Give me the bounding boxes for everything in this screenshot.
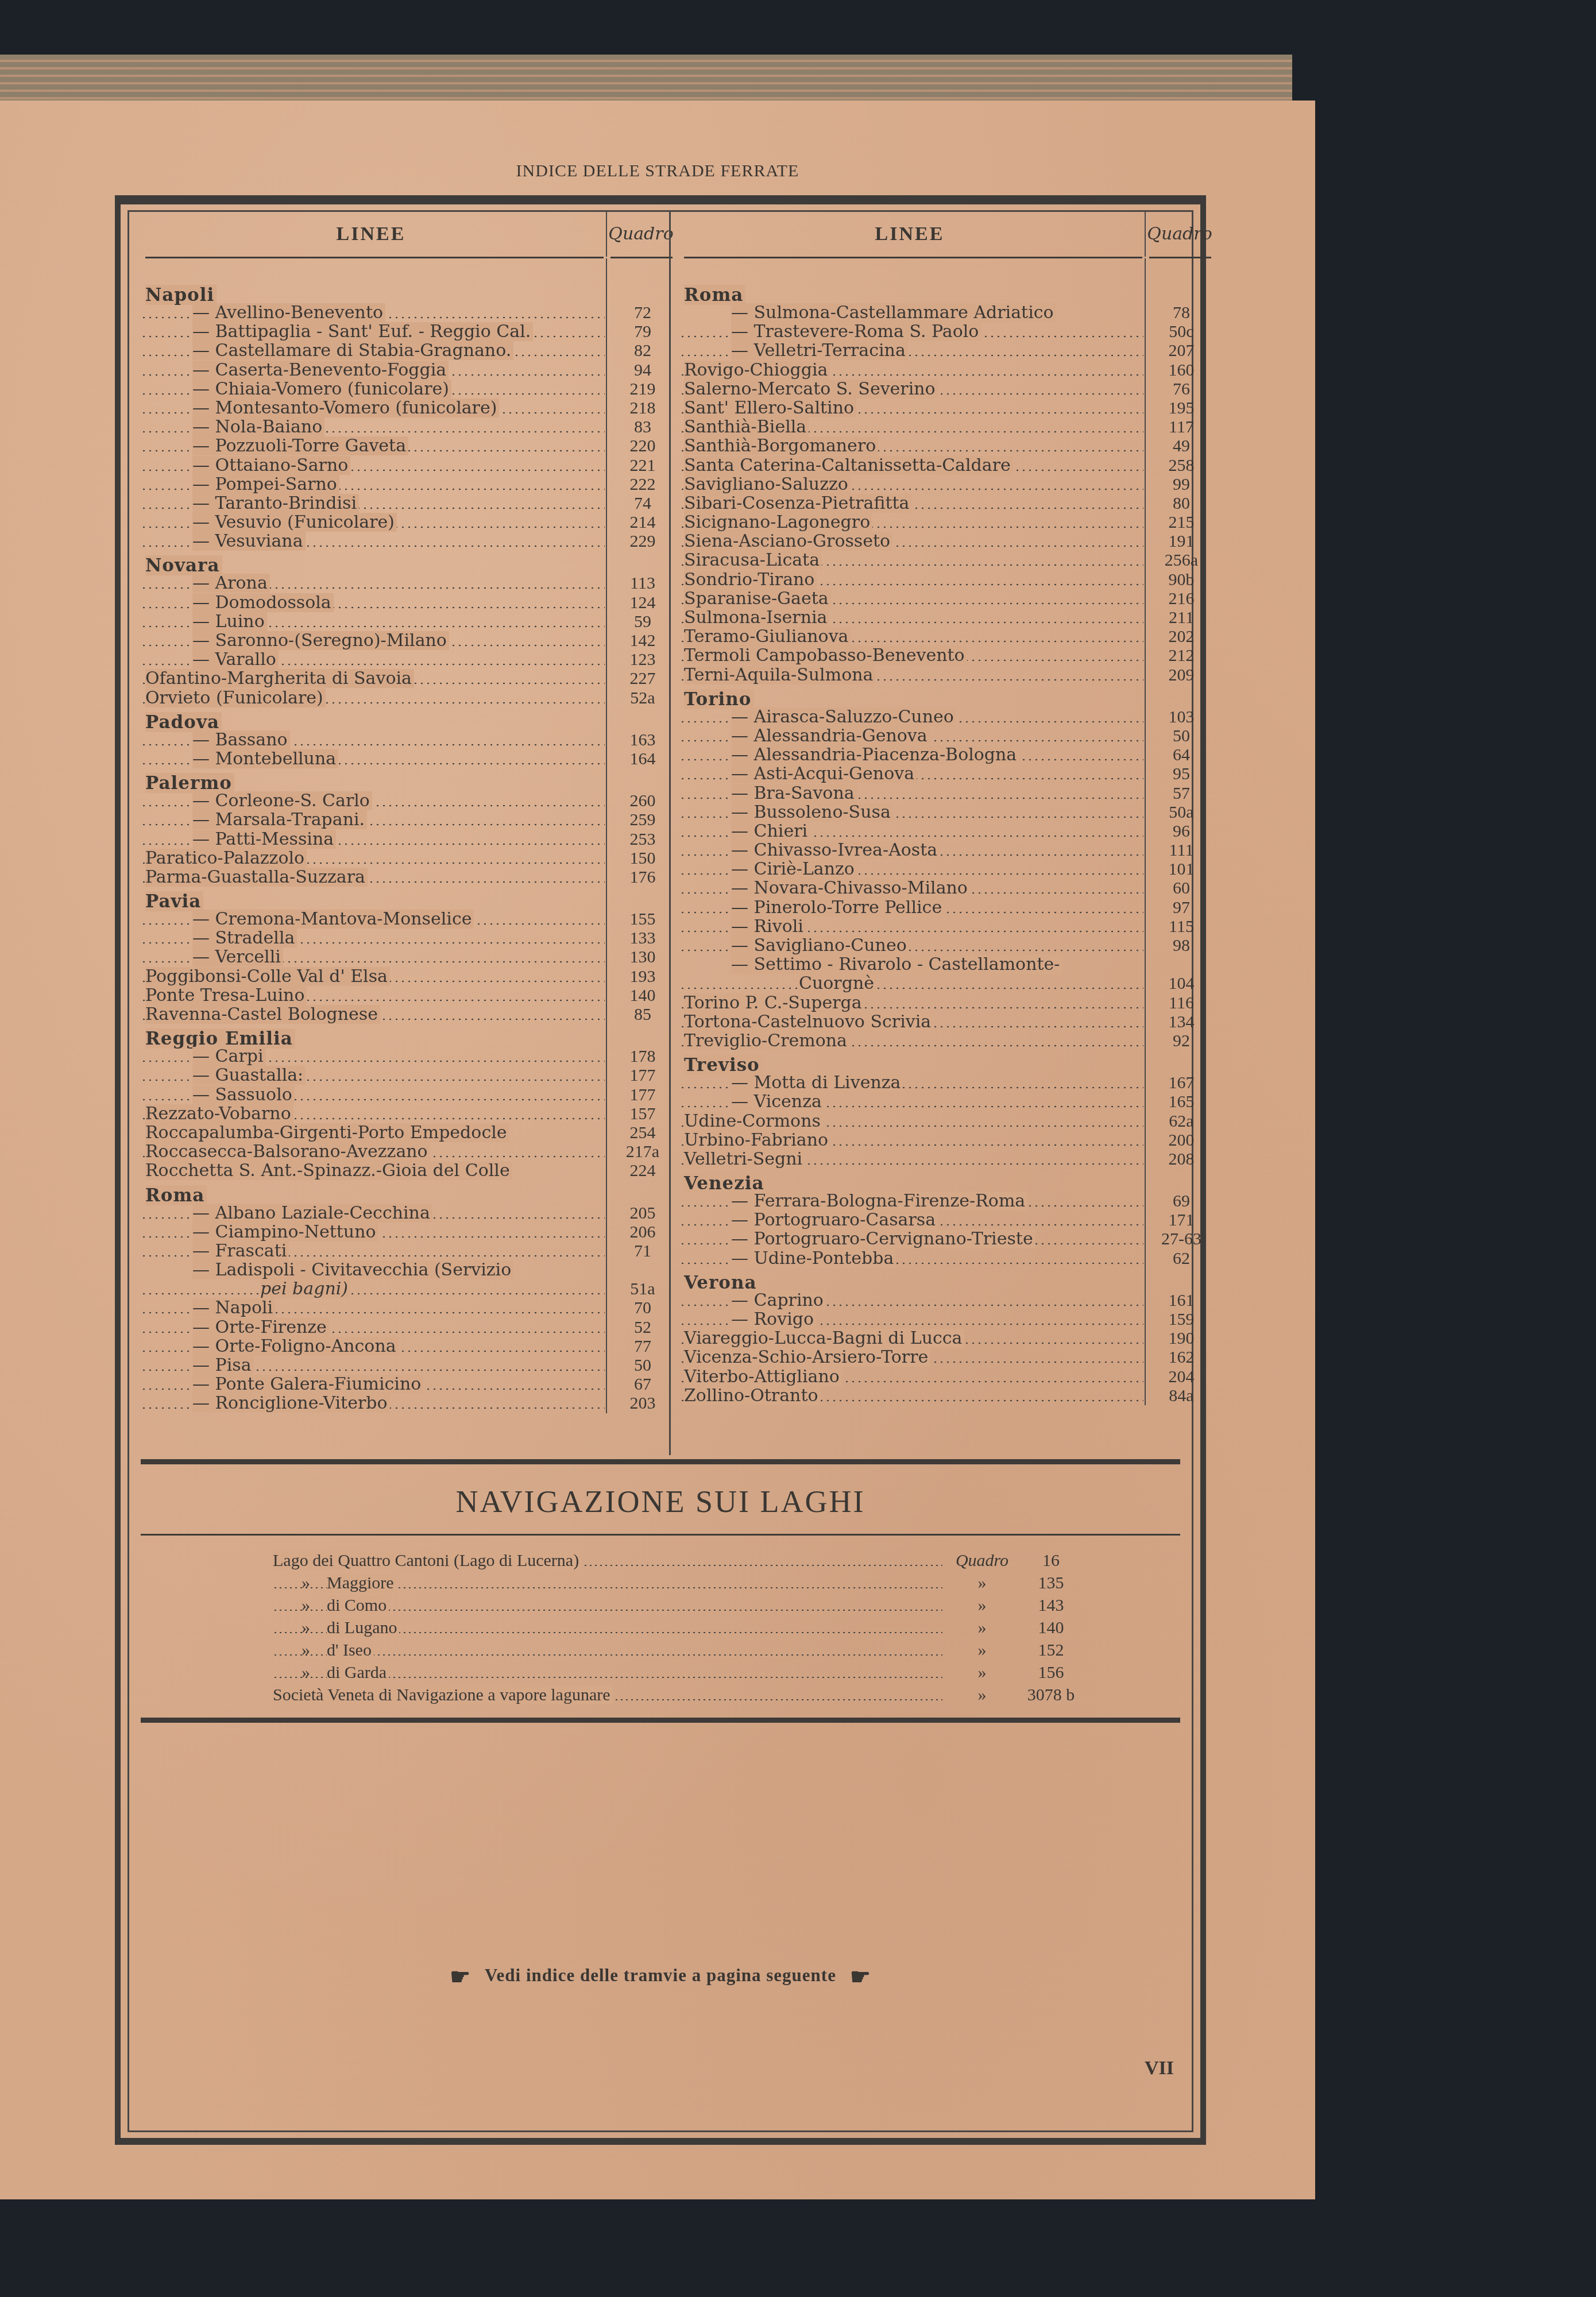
- index-entry: Santhià-Borgomanero49: [679, 436, 1214, 455]
- index-entry: Savigliano-Saluzzo99: [679, 475, 1214, 494]
- entry-label-text: — Velletri-Terracina: [731, 341, 908, 360]
- entry-label: — Stradella: [141, 929, 607, 948]
- quadro-number: 191: [1146, 532, 1214, 551]
- quadro-number: 69: [1146, 1192, 1214, 1211]
- index-entry: — Portogruaro-Casarsa171: [679, 1211, 1214, 1229]
- quadro-number: 80: [1146, 494, 1214, 513]
- ditto-mark: »: [302, 1641, 310, 1660]
- quadro-number: 94: [607, 361, 675, 380]
- quadro-number: 256a: [1146, 551, 1214, 570]
- quadro-number: 113: [607, 574, 675, 593]
- quadro-number: 90b: [1146, 570, 1214, 589]
- pointing-hand-right-icon: ☛: [450, 1963, 471, 1990]
- entry-label: Teramo-Giulianova: [679, 627, 1146, 646]
- quadro-number: 254: [607, 1123, 675, 1142]
- ditto-mark: »: [302, 1663, 310, 1683]
- entry-label-text: — Albano Laziale-Cecchina: [192, 1204, 432, 1223]
- entry-label-text: — Bussoleno-Susa: [731, 803, 893, 822]
- entry-label: — Pozzuoli-Torre Gaveta: [141, 436, 607, 455]
- entry-label-text: Sicignano-Lagonegro: [684, 513, 872, 532]
- quadro-number: 215: [1146, 513, 1214, 532]
- index-entry: — Caserta-Benevento-Foggia94: [141, 361, 675, 380]
- index-group-heading: Reggio Emilia: [141, 1024, 675, 1047]
- entry-label-text: Ofantino-Margherita di Savoia: [145, 669, 414, 688]
- entry-label-text: Verona: [684, 1273, 759, 1293]
- quadro-number: 219: [607, 380, 675, 399]
- navigation-title: NAVIGAZIONE SUI LAGHI: [129, 1484, 1192, 1519]
- entry-label-text: Sondrio-Tirano: [684, 570, 817, 589]
- quadro-number: 221: [607, 456, 675, 475]
- entry-label: Termoli Campobasso-Benevento: [679, 646, 1146, 665]
- quadro-marker: Quadro: [945, 1551, 1019, 1571]
- entry-label: — Saronno-(Seregno)-Milano: [141, 631, 607, 650]
- index-entry: Rocchetta S. Ant.-Spinazz.-Gioia del Col…: [141, 1161, 675, 1180]
- index-entry: Termoli Campobasso-Benevento212: [679, 646, 1214, 665]
- entry-label-text: — Trastevere-Roma S. Paolo: [731, 322, 981, 341]
- index-entry: Paratico-Palazzolo150: [141, 849, 675, 868]
- entry-label-text: — Nola-Baiano: [192, 417, 324, 436]
- quadro-number: 64: [1146, 745, 1214, 764]
- entry-label: — Sulmona-Castellammare Adriatico: [679, 303, 1146, 322]
- entry-label-text: — Vicenza: [731, 1092, 824, 1111]
- entry-label: — Ottaiano-Sarno: [141, 456, 607, 475]
- quadro-number: 78: [1146, 303, 1214, 322]
- left-column: LINEE Quadro Napoli— Avellino-Benevento7…: [141, 212, 675, 1413]
- index-entry: — Ciriè-Lanzo101: [679, 860, 1214, 879]
- entry-label: Verona: [679, 1268, 1146, 1293]
- quadro-number: 49: [1146, 436, 1214, 455]
- entry-label: Terni-Aquila-Sulmona: [679, 666, 1146, 685]
- entry-label-text: Rocchetta S. Ant.-Spinazz.-Gioia del Col…: [145, 1161, 512, 1180]
- quadro-number: 212: [1146, 646, 1214, 665]
- entry-label-text: — Napoli: [192, 1298, 275, 1317]
- quadro-marker: »: [945, 1573, 1019, 1593]
- index-entry: Siena-Asciano-Grosseto191: [679, 532, 1214, 551]
- entry-label-text: Roccapalumba-Girgenti-Porto Empedocle: [145, 1123, 509, 1142]
- entry-label: — Marsala-Trapani.: [141, 810, 607, 829]
- entry-label-text: Santa Caterina-Caltanissetta-Caldare: [684, 456, 1013, 475]
- entry-label: — Trastevere-Roma S. Paolo: [679, 322, 1146, 341]
- quadro-number: 27-63: [1146, 1229, 1214, 1248]
- entry-label: — Ronciglione-Viterbo: [141, 1394, 607, 1413]
- entry-label-text: — Carpi: [192, 1047, 266, 1066]
- entry-label-text: — Chivasso-Ivrea-Aosta: [731, 841, 940, 860]
- entry-label: — Varallo: [141, 650, 607, 669]
- entry-label-text: — Alessandria-Genova: [731, 726, 930, 745]
- navigation-entry: »Maggiore»135: [273, 1573, 1083, 1596]
- index-frame: LINEE Quadro Napoli— Avellino-Benevento7…: [115, 195, 1206, 2145]
- entry-label-text: Padova: [145, 712, 222, 732]
- entry-label-text: — Chiaia-Vomero (funicolare): [192, 380, 451, 399]
- entry-label-text: — Taranto-Brindisi: [192, 494, 359, 513]
- index-entry: — Bussoleno-Susa50a: [679, 803, 1214, 822]
- quadro-marker: »: [945, 1596, 1019, 1615]
- entry-label-text: — Sulmona-Castellammare Adriatico: [731, 303, 1056, 322]
- entry-label: Parma-Guastalla-Suzzara: [141, 868, 607, 887]
- index-entry: Velletri-Segni208: [679, 1150, 1214, 1169]
- entry-label-text: Sant' Ellero-Saltino: [684, 399, 856, 417]
- index-entry: Santa Caterina-Caltanissetta-Caldare258: [679, 456, 1214, 475]
- quadro-number: 190: [1146, 1329, 1214, 1348]
- quadro-number: 143: [1019, 1596, 1083, 1615]
- index-entry: Santhià-Biella117: [679, 417, 1214, 436]
- entry-label: — Patti-Messina: [141, 830, 607, 849]
- quadro-number: 200: [1146, 1131, 1214, 1150]
- entry-label-text: — Domodossola: [192, 593, 334, 612]
- entry-label-text: — Portogruaro-Casarsa: [731, 1211, 938, 1229]
- entry-label-text: — Ferrara-Bologna-Firenze-Roma: [731, 1192, 1027, 1211]
- quadro-number: 202: [1146, 627, 1214, 646]
- entry-label-text: Salerno-Mercato S. Severino: [684, 380, 938, 399]
- quadro-number: 116: [1146, 993, 1214, 1012]
- index-entry: — Ronciglione-Viterbo203: [141, 1394, 675, 1413]
- ditto-mark: »: [302, 1596, 310, 1615]
- tram-index-note-text: Vedi indice delle tramvie a pagina segue…: [485, 1965, 836, 1985]
- index-entry: Sibari-Cosenza-Pietrafitta80: [679, 494, 1214, 513]
- entry-label-text: — Bra-Savona: [731, 784, 857, 803]
- quadro-number: 214: [607, 513, 675, 532]
- pointing-hand-right-icon: ☛: [850, 1963, 871, 1990]
- quadro-number: 117: [1146, 417, 1214, 436]
- entry-label: Ravenna-Castel Bolognese: [141, 1005, 607, 1024]
- entry-label: »Maggiore: [273, 1573, 945, 1593]
- entry-label-text: — Portogruaro-Cervignano-Trieste: [731, 1229, 1035, 1248]
- entry-label: — Savigliano-Cuneo: [679, 936, 1146, 955]
- quadro-number: 224: [607, 1161, 675, 1180]
- entry-label: Savigliano-Saluzzo: [679, 475, 1146, 494]
- entry-label: — Orte-Firenze: [141, 1318, 607, 1337]
- quadro-number: 156: [1019, 1663, 1083, 1683]
- entry-label: Paratico-Palazzolo: [141, 849, 607, 868]
- quadro-number: 150: [607, 849, 675, 868]
- index-entry: — Montesanto-Vomero (funicolare)218: [141, 399, 675, 417]
- entry-label-text: — Vesuviana: [192, 532, 306, 551]
- navigation-entry: »d' Iseo»152: [273, 1641, 1083, 1663]
- index-entry: Teramo-Giulianova202: [679, 627, 1214, 646]
- index-entry: — Sulmona-Castellammare Adriatico78: [679, 303, 1214, 322]
- quadro-number: 76: [1146, 380, 1214, 399]
- entry-label: Rezzato-Vobarno: [141, 1104, 607, 1123]
- index-entry: — Settimo - Rivarolo - Castellamonte-: [679, 955, 1214, 974]
- entry-label-text: — Pompei-Sarno: [192, 475, 339, 494]
- entry-label: pei bagni): [141, 1279, 607, 1298]
- entry-label-text: — Guastalla:: [192, 1066, 306, 1085]
- index-entry: — Cremona-Mantova-Monselice155: [141, 910, 675, 929]
- index-entry: — Ladispoli - Civitavecchia (Servizio: [141, 1260, 675, 1279]
- index-entry: — Sassuolo177: [141, 1085, 675, 1104]
- entry-label-text: — Saronno-(Seregno)-Milano: [192, 631, 449, 650]
- entry-label: Sicignano-Lagonegro: [679, 513, 1146, 532]
- index-entry: — Bra-Savona57: [679, 784, 1214, 803]
- entry-label: — Rovigo: [679, 1310, 1146, 1329]
- entry-label: Cuorgnè: [679, 974, 1146, 993]
- entry-label: — Chieri: [679, 822, 1146, 841]
- entry-label: Santhià-Borgomanero: [679, 436, 1146, 455]
- quadro-number: 133: [607, 929, 675, 948]
- quadro-number: 162: [1146, 1348, 1214, 1367]
- right-column-header: LINEE Quadro: [679, 212, 1214, 257]
- entry-label-text: — Varallo: [192, 650, 279, 669]
- entry-label-text: — Rovigo: [731, 1310, 816, 1329]
- entry-label: — Domodossola: [141, 593, 607, 612]
- header-quadro: Quadro: [1145, 212, 1214, 257]
- quadro-number: 218: [607, 399, 675, 417]
- entry-label: Sibari-Cosenza-Pietrafitta: [679, 494, 1146, 513]
- quadro-number: 59: [607, 612, 675, 631]
- index-entry: — Luino59: [141, 612, 675, 631]
- quadro-number: 176: [607, 868, 675, 887]
- index-entry: — Castellamare di Stabia-Gragnano.82: [141, 341, 675, 360]
- entry-label-text: Treviglio-Cremona: [684, 1031, 849, 1050]
- entry-label-text: — Frascati: [192, 1242, 289, 1260]
- quadro-number: 60: [1146, 879, 1214, 898]
- quadro-number: 205: [607, 1204, 675, 1223]
- quadro-marker: »: [945, 1618, 1019, 1638]
- quadro-number: 258: [1146, 456, 1214, 475]
- entry-label-text: — Pinerolo-Torre Pellice: [731, 898, 944, 917]
- index-entry: Treviglio-Cremona92: [679, 1031, 1214, 1050]
- entry-label-text: — Orte-Foligno-Ancona: [192, 1337, 399, 1356]
- quadro-number: 62a: [1146, 1112, 1214, 1131]
- entry-label-text: — Ronciglione-Viterbo: [192, 1394, 390, 1413]
- entry-label: Sondrio-Tirano: [679, 570, 1146, 589]
- index-entry: — Orte-Firenze52: [141, 1318, 675, 1337]
- entry-label: Sant' Ellero-Saltino: [679, 399, 1146, 417]
- entry-label-text: Udine-Cormons: [684, 1112, 823, 1131]
- quadro-number: 177: [607, 1066, 675, 1085]
- index-entry: — Motta di Livenza167: [679, 1073, 1214, 1092]
- entry-label: — Pompei-Sarno: [141, 475, 607, 494]
- entry-label: — Albano Laziale-Cecchina: [141, 1204, 607, 1223]
- quadro-number: 161: [1146, 1291, 1214, 1310]
- entry-label-text: — Arona: [192, 574, 270, 593]
- quadro-number: 3078 b: [1019, 1685, 1083, 1705]
- entry-label-text: — Ladispoli - Civitavecchia (Servizio: [192, 1260, 513, 1279]
- entry-label: Santhià-Biella: [679, 417, 1146, 436]
- index-entry: Terni-Aquila-Sulmona209: [679, 666, 1214, 685]
- index-entry: — Pisa50: [141, 1356, 675, 1375]
- entry-label: Siena-Asciano-Grosseto: [679, 532, 1146, 551]
- index-entry: Ponte Tresa-Luino140: [141, 986, 675, 1005]
- navigation-rule-thick: [141, 1718, 1180, 1723]
- entry-label: — Chiaia-Vomero (funicolare): [141, 380, 607, 399]
- entry-label-text: Novara: [145, 555, 222, 575]
- entry-label: — Bassano: [141, 730, 607, 749]
- entry-label: Siracusa-Licata: [679, 551, 1146, 570]
- entry-label-text: — Cremona-Mantova-Monselice: [192, 910, 474, 929]
- index-entry: — Ponte Galera-Fiumicino67: [141, 1375, 675, 1394]
- entry-label-text: — Ciriè-Lanzo: [731, 860, 857, 879]
- entry-label-text: Urbino-Fabriano: [684, 1131, 830, 1150]
- index-entry: — Napoli70: [141, 1298, 675, 1317]
- quadro-number: 115: [1146, 917, 1214, 936]
- quadro-number: 85: [607, 1005, 675, 1024]
- entry-label: Roma: [141, 1181, 607, 1205]
- entry-label: Rocchetta S. Ant.-Spinazz.-Gioia del Col…: [141, 1161, 607, 1180]
- entry-label-text: — Castellamare di Stabia-Gragnano.: [192, 341, 513, 360]
- quadro-number: 52: [607, 1318, 675, 1337]
- quadro-number: 216: [1146, 589, 1214, 608]
- entry-label: — Caserta-Benevento-Foggia: [141, 361, 607, 380]
- quadro-number: 97: [1146, 898, 1214, 917]
- index-entry: — Asti-Acqui-Genova95: [679, 764, 1214, 783]
- index-entry: Torino P. C.-Superga116: [679, 993, 1214, 1012]
- index-group-heading: Napoli: [141, 280, 675, 303]
- entry-label: — Novara-Chivasso-Milano: [679, 879, 1146, 898]
- entry-label-text: Torino P. C.-Superga: [684, 993, 864, 1012]
- index-group-heading: Torino: [679, 685, 1214, 707]
- quadro-number: 152: [1019, 1641, 1083, 1660]
- entry-label-text: — Asti-Acqui-Genova: [731, 764, 917, 783]
- entry-label-text: Ravenna-Castel Bolognese: [145, 1005, 380, 1024]
- quadro-number: 208: [1146, 1150, 1214, 1169]
- quadro-number: 57: [1146, 784, 1214, 803]
- dot-leader: [679, 987, 1143, 989]
- index-entry: — Pompei-Sarno222: [141, 475, 675, 494]
- index-entry: — Caprino161: [679, 1291, 1214, 1310]
- index-group-heading: Palermo: [141, 768, 675, 791]
- quadro-number: 77: [607, 1337, 675, 1356]
- quadro-marker: »: [945, 1641, 1019, 1660]
- entry-label: — Bussoleno-Susa: [679, 803, 1146, 822]
- quadro-number: 259: [607, 810, 675, 829]
- index-group-heading: Roma: [141, 1181, 675, 1204]
- entry-label: — Vicenza: [679, 1092, 1146, 1111]
- entry-label: — Napoli: [141, 1298, 607, 1317]
- entry-label-text: — Ponte Galera-Fiumicino: [192, 1375, 423, 1394]
- entry-label-text: Pavia: [145, 891, 203, 911]
- entry-label-text: — Ciampino-Nettuno: [192, 1223, 378, 1242]
- entry-label-text: — Alessandria-Piacenza-Bologna: [731, 745, 1019, 764]
- right-column: LINEE Quadro Roma— Sulmona-Castellammare…: [679, 212, 1214, 1405]
- entry-label: — Udine-Pontebba: [679, 1249, 1146, 1268]
- index-group-heading: Novara: [141, 551, 675, 574]
- index-entry: — Battipaglia - Sant' Euf. - Reggio Cal.…: [141, 322, 675, 341]
- entry-label: — Avellino-Benevento: [141, 303, 607, 322]
- index-entry: — Patti-Messina253: [141, 830, 675, 849]
- entry-label: Vicenza-Schio-Arsiero-Torre: [679, 1348, 1146, 1367]
- quadro-number: 98: [1146, 936, 1214, 955]
- header-quadro: Quadro: [606, 212, 675, 257]
- entry-label-text: — Savigliano-Cuneo: [731, 936, 909, 955]
- quadro-number: 104: [1146, 974, 1214, 993]
- index-entry: Roccapalumba-Girgenti-Porto Empedocle254: [141, 1123, 675, 1142]
- entry-label-text: Reggio Emilia: [145, 1028, 295, 1049]
- index-entry: — Vesuvio (Funicolare)214: [141, 513, 675, 532]
- entry-label-text: Società Veneta di Navigazione a vapore l…: [273, 1685, 613, 1704]
- entry-label: — Sassuolo: [141, 1085, 607, 1104]
- dot-leader: [141, 1293, 605, 1295]
- index-entry: — Velletri-Terracina207: [679, 341, 1214, 360]
- entry-label: — Castellamare di Stabia-Gragnano.: [141, 341, 607, 360]
- entry-label-text: Rezzato-Vobarno: [145, 1104, 293, 1123]
- entry-label: »di Como: [273, 1596, 945, 1615]
- entry-label-text: — Battipaglia - Sant' Euf. - Reggio Cal.: [192, 322, 533, 341]
- quadro-number: 134: [1146, 1012, 1214, 1031]
- entry-label: Torino: [679, 685, 1146, 709]
- index-entry: — Ciampino-Nettuno206: [141, 1223, 675, 1242]
- entry-label-text: Treviso: [684, 1055, 762, 1075]
- index-entry: — Varallo123: [141, 650, 675, 669]
- entry-label-text: Cuorgnè: [799, 974, 876, 993]
- index-entry: — Frascati71: [141, 1242, 675, 1260]
- entry-label: Urbino-Fabriano: [679, 1131, 1146, 1150]
- entry-label-text: Viareggio-Lucca-Bagni di Lucca: [684, 1329, 964, 1348]
- index-entry: Ofantino-Margherita di Savoia227: [141, 669, 675, 688]
- entry-label: Viareggio-Lucca-Bagni di Lucca: [679, 1329, 1146, 1348]
- entry-label: — Guastalla:: [141, 1066, 607, 1085]
- index-entry: — Carpi178: [141, 1047, 675, 1066]
- index-entry: — Udine-Pontebba62: [679, 1249, 1214, 1268]
- entry-label: — Vercelli: [141, 948, 607, 966]
- index-entry: Roccasecca-Balsorano-Avezzano217a: [141, 1142, 675, 1161]
- index-entry: Orvieto (Funicolare)52a: [141, 689, 675, 707]
- entry-label: Udine-Cormons: [679, 1112, 1146, 1131]
- entry-label-text: — Stradella: [192, 929, 297, 948]
- entry-label-text: Ponte Tresa-Luino: [145, 986, 307, 1005]
- quadro-number: 51a: [607, 1279, 675, 1298]
- entry-label-text: — Ottaiano-Sarno: [192, 456, 350, 475]
- entry-label-text: — Luino: [192, 612, 267, 631]
- index-entry: — Saronno-(Seregno)-Milano142: [141, 631, 675, 650]
- entry-label-text: Viterbo-Attigliano: [684, 1367, 842, 1386]
- entry-label: — Portogruaro-Casarsa: [679, 1211, 1146, 1229]
- navigation-entry: »di Lugano»140: [273, 1618, 1083, 1641]
- ditto-mark: »: [302, 1573, 310, 1593]
- entry-label: — Caprino: [679, 1291, 1146, 1310]
- index-group-heading: Pavia: [141, 887, 675, 910]
- entry-label: Orvieto (Funicolare): [141, 689, 607, 707]
- entry-label: — Cremona-Mantova-Monselice: [141, 910, 607, 929]
- index-entry: — Vicenza165: [679, 1092, 1214, 1111]
- entry-label-text: Parma-Guastalla-Suzzara: [145, 868, 368, 887]
- index-entry: Udine-Cormons62a: [679, 1112, 1214, 1131]
- quadro-number: 206: [607, 1223, 675, 1242]
- entry-label-text: Siena-Asciano-Grosseto: [684, 532, 892, 551]
- entry-label-text: Sparanise-Gaeta: [684, 589, 831, 608]
- entry-label-text: Terni-Aquila-Sulmona: [684, 666, 875, 685]
- entry-label-text: — Montesanto-Vomero (funicolare): [192, 399, 499, 417]
- entry-label: — Ponte Galera-Fiumicino: [141, 1375, 607, 1394]
- quadro-number: 178: [607, 1047, 675, 1066]
- index-entry: — Pinerolo-Torre Pellice97: [679, 898, 1214, 917]
- entry-label-text: — Airasca-Saluzzo-Cuneo: [731, 707, 956, 726]
- index-entry: — Nola-Baiano83: [141, 417, 675, 436]
- entry-label-text: di Garda: [327, 1663, 389, 1683]
- entry-label-text: — Pozzuoli-Torre Gaveta: [192, 436, 408, 455]
- entry-label: — Ciriè-Lanzo: [679, 860, 1146, 879]
- entry-label: Roccapalumba-Girgenti-Porto Empedocle: [141, 1123, 607, 1142]
- entry-label-text: Roma: [684, 285, 745, 305]
- quadro-number: 195: [1146, 399, 1214, 417]
- quadro-number: 163: [607, 730, 675, 749]
- entry-label: — Montebelluna: [141, 749, 607, 768]
- entry-label: — Pisa: [141, 1356, 607, 1375]
- entry-label: — Nola-Baiano: [141, 417, 607, 436]
- entry-label-text: Napoli: [145, 285, 217, 305]
- index-entry: — Chiaia-Vomero (funicolare)219: [141, 380, 675, 399]
- running-head: INDICE DELLE STRADE FERRATE: [0, 161, 1315, 181]
- index-entry: Sondrio-Tirano90b: [679, 570, 1214, 589]
- entry-label-text: Vicenza-Schio-Arsiero-Torre: [684, 1348, 930, 1367]
- entry-label: — Battipaglia - Sant' Euf. - Reggio Cal.: [141, 322, 607, 341]
- entry-label: Novara: [141, 551, 607, 575]
- tram-index-note: ☛Vedi indice delle tramvie a pagina segu…: [129, 1963, 1192, 1990]
- entry-label: — Arona: [141, 574, 607, 593]
- index-entry: Rezzato-Vobarno157: [141, 1104, 675, 1123]
- index-group-heading: Verona: [679, 1268, 1214, 1291]
- left-column-header: LINEE Quadro: [141, 212, 675, 257]
